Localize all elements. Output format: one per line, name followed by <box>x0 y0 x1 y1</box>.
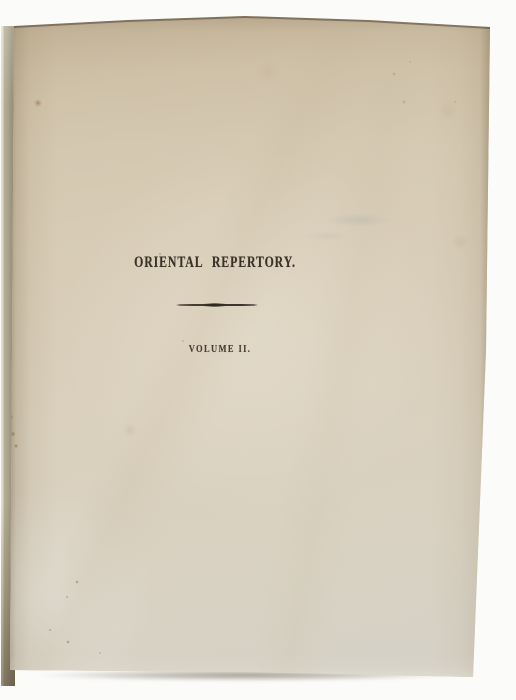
swelled-rule-divider <box>176 303 258 307</box>
book-photo: ORIENTAL REPERTORY. VOLUME II. <box>0 0 516 700</box>
volume-label: VOLUME II. <box>189 344 252 355</box>
book-title: ORIENTAL REPERTORY. <box>134 254 296 272</box>
title-page: ORIENTAL REPERTORY. VOLUME II. <box>8 14 490 680</box>
